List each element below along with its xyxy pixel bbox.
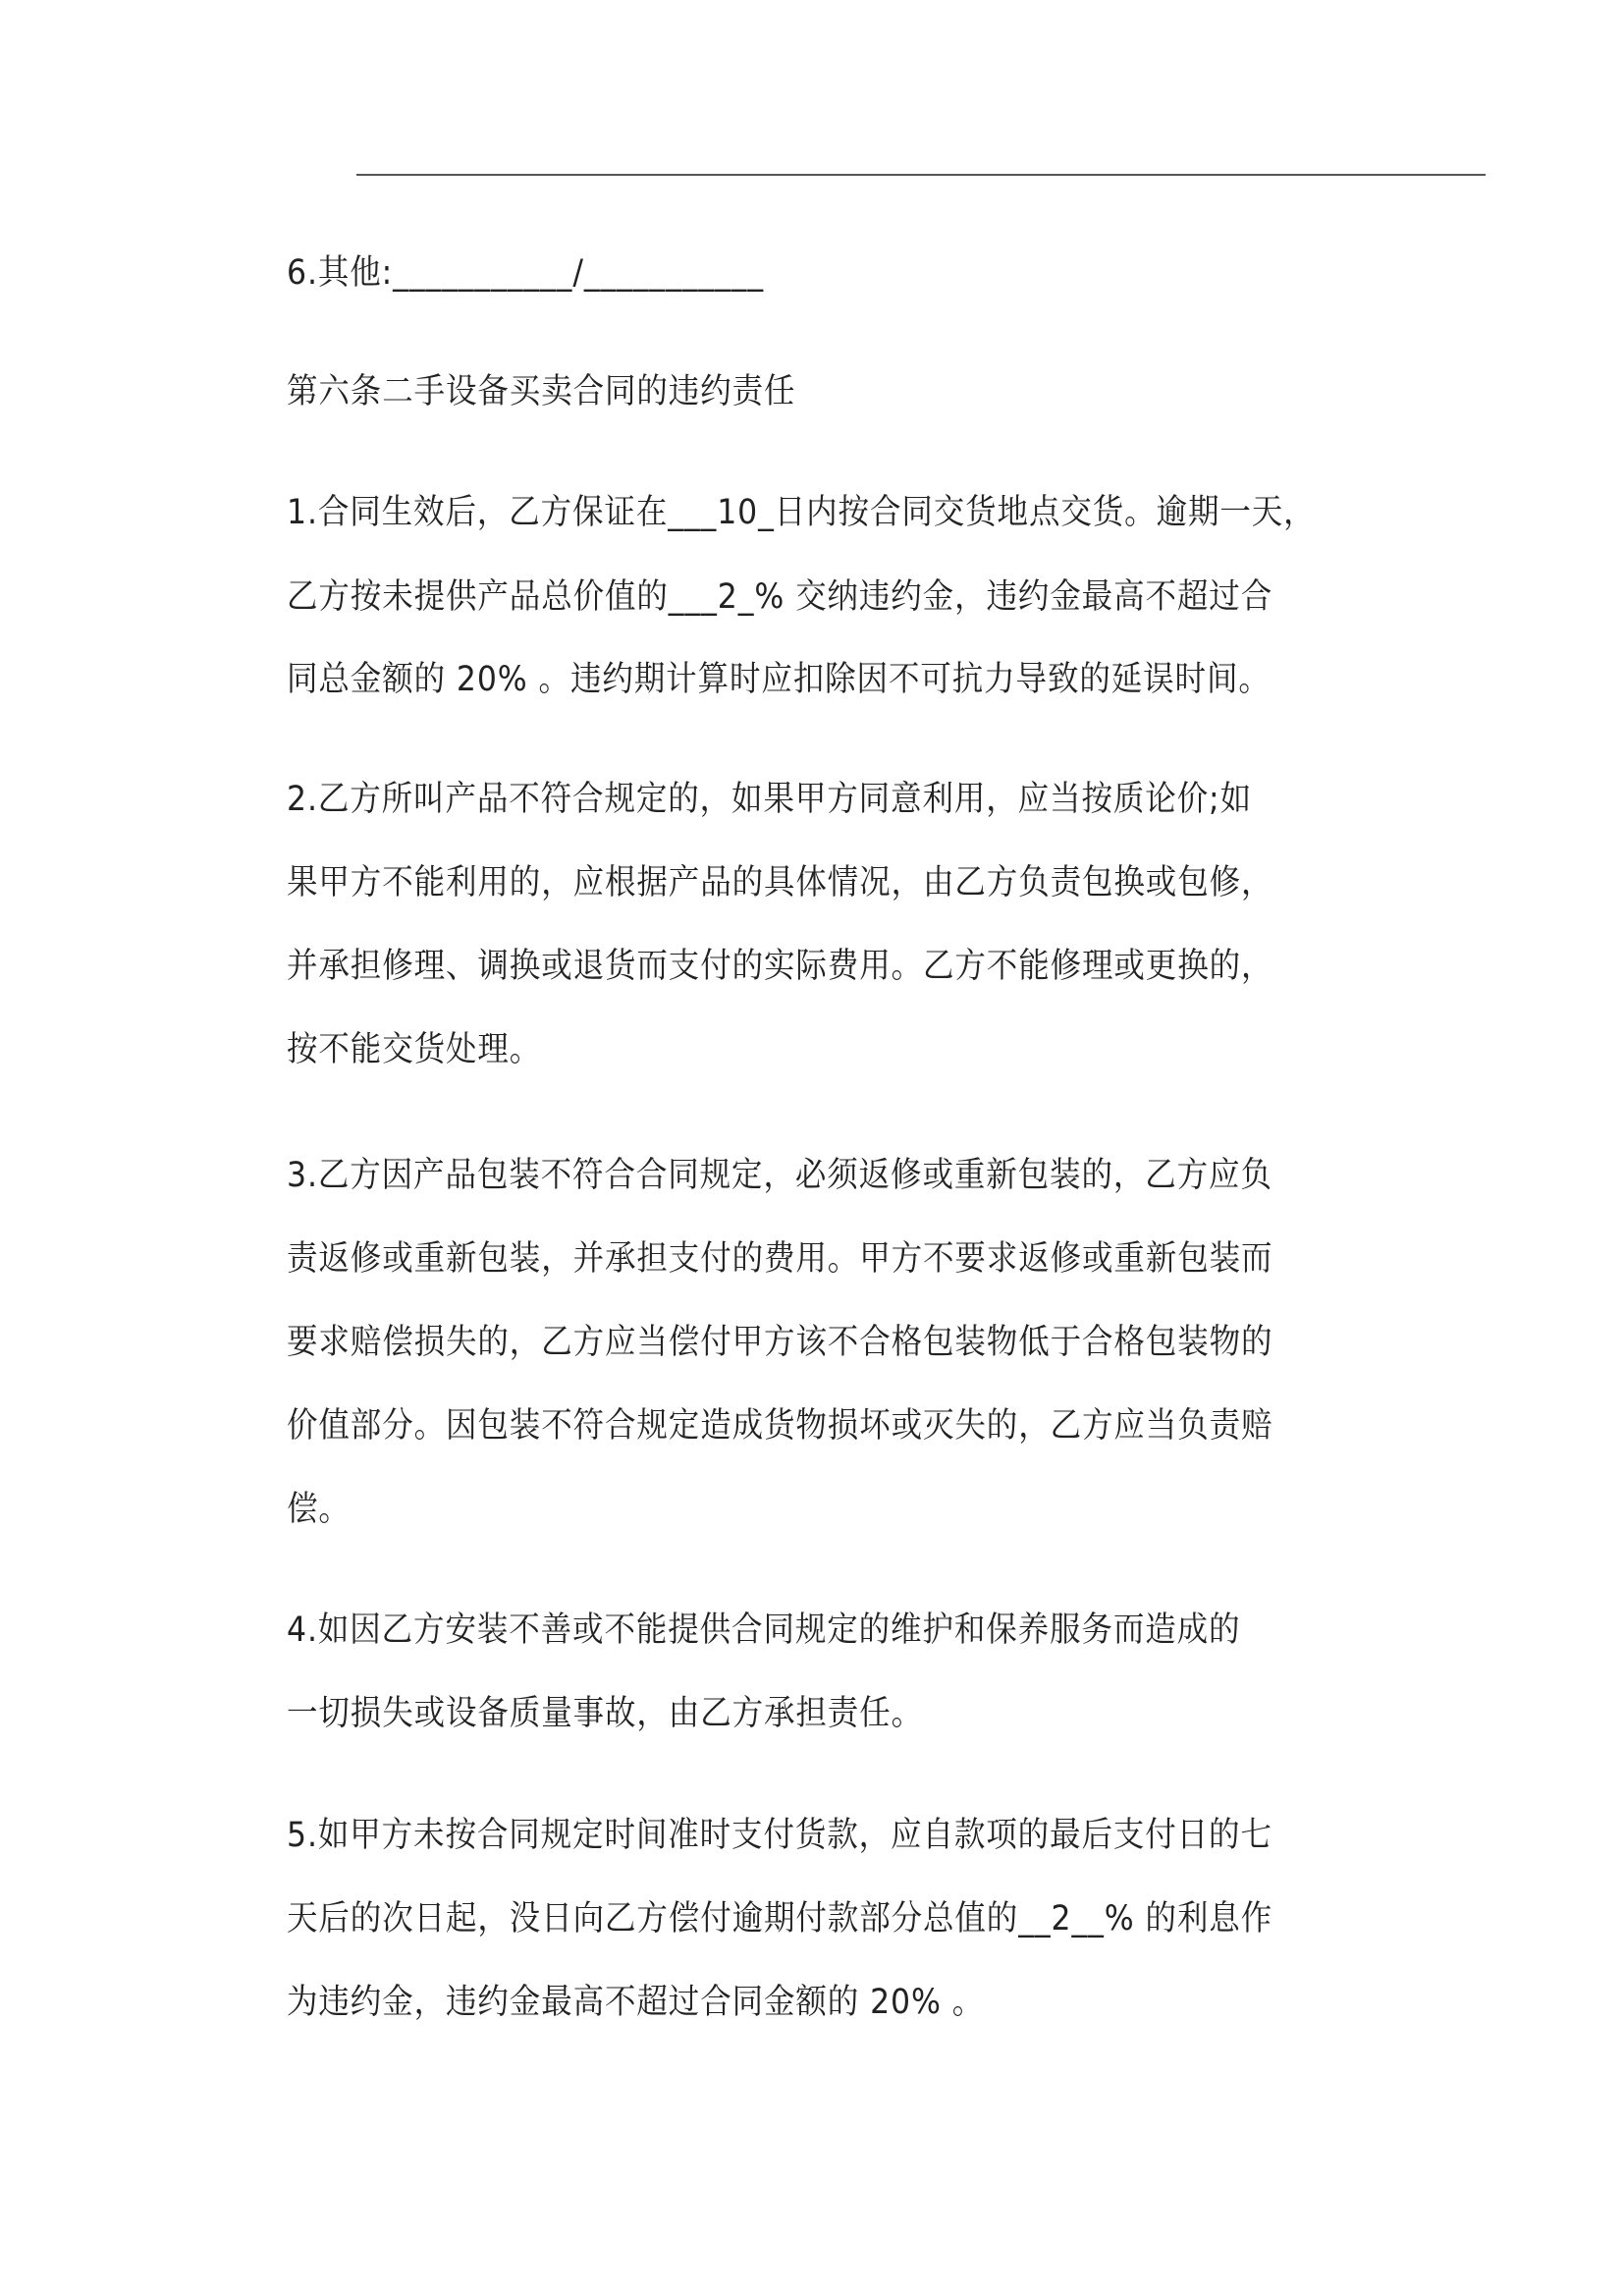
- clause-2-line-4: 按不能交货处理。: [287, 1028, 541, 1071]
- clause-2-line-1: 2.乙方所叫产品不符合规定的，如果甲方同意利用，应当按质论价;如: [287, 778, 1252, 821]
- clause-3-line-4: 价值部分。因包装不符合规定造成货物损坏或灭失的，乙方应当负责赔: [287, 1404, 1272, 1447]
- clause-2-line-2: 果甲方不能利用的，应根据产品的具体情况，由乙方负责包换或包修，: [287, 861, 1272, 904]
- clause-3-line-5: 偿。: [287, 1488, 351, 1531]
- section-title: 第六条二手设备买卖合同的违约责任: [287, 370, 795, 413]
- clause-5-line-1: 5.如甲方未按合同规定时间准时支付货款，应自款项的最后支付日的七: [287, 1814, 1272, 1857]
- clause-4-line-2: 一切损失或设备质量事故，由乙方承担责任。: [287, 1692, 923, 1735]
- clause-3-line-3: 要求赔偿损失的，乙方应当偿付甲方该不合格包装物低于合格包装物的: [287, 1321, 1272, 1364]
- clause-1-line-1: 1.合同生效后，乙方保证在___10_日内按合同交货地点交货。逾期一天，: [287, 491, 1316, 534]
- clause-2-line-3: 并承担修理、调换或退货而支付的实际费用。乙方不能修理或更换的，: [287, 945, 1272, 988]
- clause-4-line-1: 4.如因乙方安装不善或不能提供合同规定的维护和保养服务而造成的: [287, 1609, 1240, 1652]
- clause-1-line-3: 同总金额的 20% 。违约期计算时应扣除因不可抗力导致的延误时间。: [287, 658, 1271, 701]
- clause-5-line-2: 天后的次日起，没日向乙方偿付逾期付款部分总值的__2__% 的利息作: [287, 1897, 1272, 1940]
- clause-3-line-2: 责返修或重新包装，并承担支付的费用。甲方不要求返修或重新包装而: [287, 1237, 1272, 1281]
- clause-5-line-3: 为违约金，违约金最高不超过合同金额的 20% 。: [287, 1981, 984, 2024]
- clause-3-line-1: 3.乙方因产品包装不符合合同规定，必须返修或重新包装的，乙方应负: [287, 1154, 1272, 1197]
- top-horizontal-rule: [356, 174, 1486, 176]
- document-page: 6.其他:___________/___________ 第六条二手设备买卖合同…: [0, 0, 1624, 2294]
- clause-1-line-2: 乙方按未提供产品总价值的___2_% 交纳违约金，违约金最高不超过合: [287, 575, 1272, 619]
- item-6-other: 6.其他:___________/___________: [287, 251, 764, 295]
